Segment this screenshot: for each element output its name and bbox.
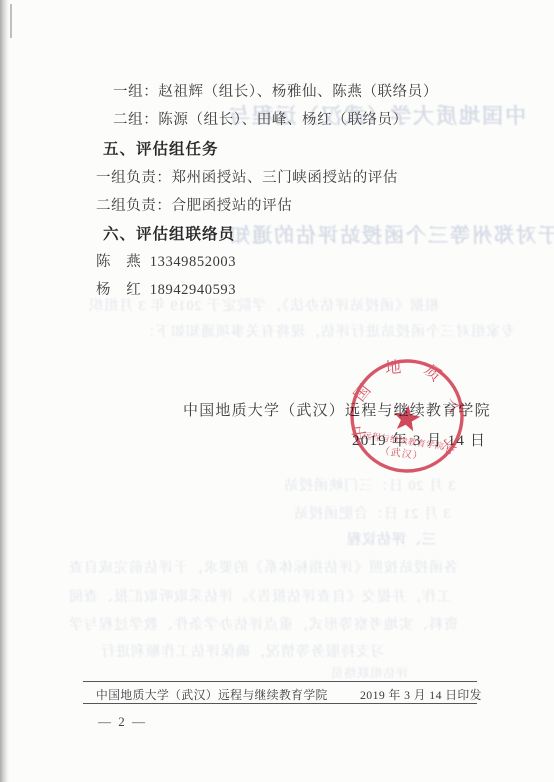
page-number: — 2 —: [98, 714, 147, 730]
bleedthrough-line: 资料、实地考察等形式，重点评估办学条件、教学过程与学: [68, 614, 458, 634]
contact-phone: 13349852003: [150, 254, 236, 270]
contact-row: 陈 燕 13349852003: [96, 250, 236, 271]
group-2-task-line: 二组负责：合肥函授站的评估: [96, 194, 292, 215]
group-1-task-line: 一组负责：郑州函授站、三门峡函授站的评估: [96, 166, 398, 187]
group-1-members-line: 一组：赵祖辉（组长）、杨雅仙、陈燕（联络员）: [113, 80, 438, 101]
bleedthrough-line: 3 月 21 日：合肥函授站: [293, 503, 451, 523]
footer-print-date: 2019 年 3 月 14 日印发: [360, 686, 482, 703]
contact-phone: 18942940593: [150, 282, 236, 298]
footer-bottom-rule: [83, 703, 477, 704]
scanned-document-page: 中国地质大学（武汉）远程与继续教育学院文件 关于对郑州等三个函授站评估的通知 根…: [0, 0, 554, 782]
bleedthrough-line: 工作，并提交《自查评估报告》。评估采取听取汇报、查阅: [68, 586, 451, 606]
bleedthrough-line: 专家组对三个函授站进行评估，现将有关事项通知如下：: [140, 321, 515, 341]
official-seal: 中国地质大学 远程与继续教育学院 （武汉）: [338, 347, 476, 485]
section-6-heading: 六、评估组联络员: [103, 222, 235, 244]
bleedthrough-notice-title: 关于对郑州等三个函授站评估的通知: [228, 219, 554, 248]
bleedthrough-line: 习支持服务等情况，确保评估工作顺利进行: [100, 641, 385, 661]
bleedthrough-line: 各函授站按照《评估指标体系》的要求，于评估前完成自查: [68, 557, 458, 577]
seal-star-icon: [392, 403, 422, 432]
bleedthrough-line: 三、评估议程: [346, 529, 436, 549]
bleedthrough-line: 评估组联络员: [330, 664, 408, 681]
contact-row: 杨 红 18942940593: [96, 278, 236, 299]
footer-issuer: 中国地质大学（武汉）远程与继续教育学院: [96, 686, 328, 703]
scan-edge: [0, 0, 9, 782]
scan-artifact: [10, 4, 12, 38]
contact-name: 陈 燕: [96, 254, 141, 270]
section-5-heading: 五、评估组任务: [103, 137, 219, 159]
contact-name: 杨 红: [96, 282, 141, 298]
footer-top-rule: [83, 681, 477, 682]
group-2-members-line: 二组：陈源（组长）、田峰、杨红（联络员）: [113, 108, 408, 129]
